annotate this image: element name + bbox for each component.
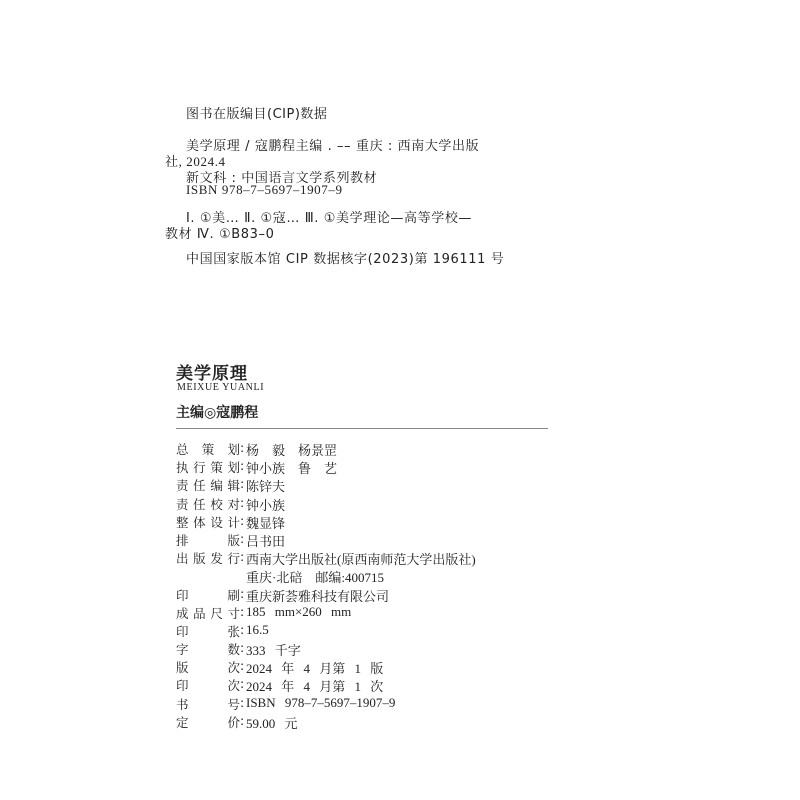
credit-label: 书号 [176,695,240,713]
credit-label: 定价 [176,713,240,731]
credit-value: 2024 年 4 月第 1 次 [246,676,383,694]
credit-label: 责任编辑 [176,476,240,494]
credit-label-char: 划 [227,458,240,476]
credit-row: 排版:吕书田 [176,531,476,549]
credit-row: 责任校对:钟小族 [176,495,476,513]
credit-label-char: 编 [210,476,223,494]
credit-label-char: 任 [193,476,206,494]
credit-row: 印张:16.5 [176,622,476,640]
credit-value: 魏显锋 [246,513,285,531]
book-title: 美学原理 [176,359,248,384]
credit-label-char: 出 [176,549,189,567]
credit-label-char: 总 [176,440,189,458]
credit-label-char: 成 [176,604,189,622]
credit-label-char: 行 [227,549,240,567]
credit-label-char: 刷 [227,586,240,604]
cip-isbn: ISBN 978–7–5697–1907–9 [186,182,343,198]
book-editor: 主编◎寇鹏程 [176,402,258,422]
credit-row: 印刷:重庆新荟雅科技有限公司 [176,586,476,604]
credit-label-char: 定 [176,713,189,731]
credit-label-char: 体 [193,513,206,531]
credit-label: 字数 [176,640,240,658]
credit-row: 整体设计:魏显锋 [176,513,476,531]
credit-label-char: 划 [227,440,240,458]
credit-label-char: 寸 [227,604,240,622]
credit-value: 杨 毅 杨景罡 [246,440,337,458]
credit-label-char: 责 [176,476,189,494]
credit-label: 责任校对 [176,495,240,513]
credit-label-char: 印 [176,622,189,640]
credit-row: 字数:333 千字 [176,640,476,658]
credit-row: 成品尺寸:185 mm×260 mm [176,604,476,622]
credit-label: 印刷 [176,586,240,604]
credit-label-char: 版 [193,549,206,567]
credit-label-char: 印 [176,676,189,694]
credit-label-char: 辑 [227,476,240,494]
cip-record-line1: 美学原理 / 寇鹏程主编 . –– 重庆 : 西南大学出版 [186,135,479,154]
credit-row: 定价:59.00 元 [176,713,476,731]
credit-value: 333 千字 [246,640,301,658]
credit-value: 钟小族 鲁 艺 [246,458,337,476]
credit-label-char: 次 [227,676,240,694]
credit-label-char: 版 [176,658,189,676]
credit-label-char: 尺 [210,604,223,622]
credit-label-char: 策 [210,458,223,476]
credit-label-char: 责 [176,495,189,513]
credit-label-char: 次 [227,658,240,676]
credits-list: 总策划:杨 毅 杨景罡执行策划:钟小族 鲁 艺责任编辑:陈锌夫责任校对:钟小族整… [176,440,476,731]
credit-row: 书号:ISBN 978–7–5697–1907–9 [176,695,476,713]
credit-label-char: 张 [227,622,240,640]
credit-label: 排版 [176,531,240,549]
credit-row: 责任编辑:陈锌夫 [176,476,476,494]
credit-label: 印次 [176,676,240,694]
credit-row: 印次:2024 年 4 月第 1 次 [176,676,476,694]
credit-label-char: 计 [227,513,240,531]
credit-label-char: 版 [227,531,240,549]
credit-value: 重庆新荟雅科技有限公司 [246,586,389,604]
credit-value: 16.5 [246,622,269,640]
credit-value: ISBN 978–7–5697–1907–9 [246,695,395,713]
credit-value: 钟小族 [246,495,285,513]
credit-value: 59.00 元 [246,713,298,731]
credit-row: 重庆·北碚 邮编:400715 [176,567,476,585]
credit-label-char: 对 [227,495,240,513]
credit-label-char: 号 [227,695,240,713]
credit-value: 重庆·北碚 邮编:400715 [176,567,384,585]
credit-label-char: 排 [176,531,189,549]
credit-value: 吕书田 [246,531,285,549]
divider [176,428,548,429]
cip-subjects-line2: 教材 Ⅳ. ①B83–0 [165,223,274,242]
credit-row: 出版发行:西南大学出版社(原西南师范大学出版社) [176,549,476,567]
credit-value: 陈锌夫 [246,476,285,494]
credit-row: 版次:2024 年 4 月第 1 版 [176,658,476,676]
cip-heading: 图书在版编目(CIP)数据 [186,103,327,122]
credit-label-char: 策 [202,440,215,458]
credit-label-char: 行 [193,458,206,476]
credit-label-char: 价 [227,713,240,731]
credit-label-char: 任 [193,495,206,513]
credit-label-char: 执 [176,458,189,476]
credit-label: 总策划 [176,440,240,458]
credit-label-char: 数 [227,640,240,658]
credit-label: 版次 [176,658,240,676]
credit-value: 2024 年 4 月第 1 版 [246,658,383,676]
credit-label: 整体设计 [176,513,240,531]
credit-label: 出版发行 [176,549,240,567]
credit-label-char: 校 [210,495,223,513]
credit-label-char: 设 [210,513,223,531]
credit-value: 西南大学出版社(原西南师范大学出版社) [246,549,476,567]
credit-row: 总策划:杨 毅 杨景罡 [176,440,476,458]
credit-label: 执行策划 [176,458,240,476]
credit-label-char: 字 [176,640,189,658]
credit-label: 成品尺寸 [176,604,240,622]
credit-row: 执行策划:钟小族 鲁 艺 [176,458,476,476]
credit-label-char: 发 [210,549,223,567]
credit-label: 印张 [176,622,240,640]
credit-label-char: 品 [193,604,206,622]
credit-label-char: 印 [176,586,189,604]
credit-label-char: 书 [176,695,189,713]
book-pinyin-title: MEIXUE YUANLI [177,382,264,393]
cip-approval-number: 中国国家版本馆 CIP 数据核字(2023)第 196111 号 [186,248,504,267]
credit-label-char: 整 [176,513,189,531]
credit-value: 185 mm×260 mm [246,604,351,622]
